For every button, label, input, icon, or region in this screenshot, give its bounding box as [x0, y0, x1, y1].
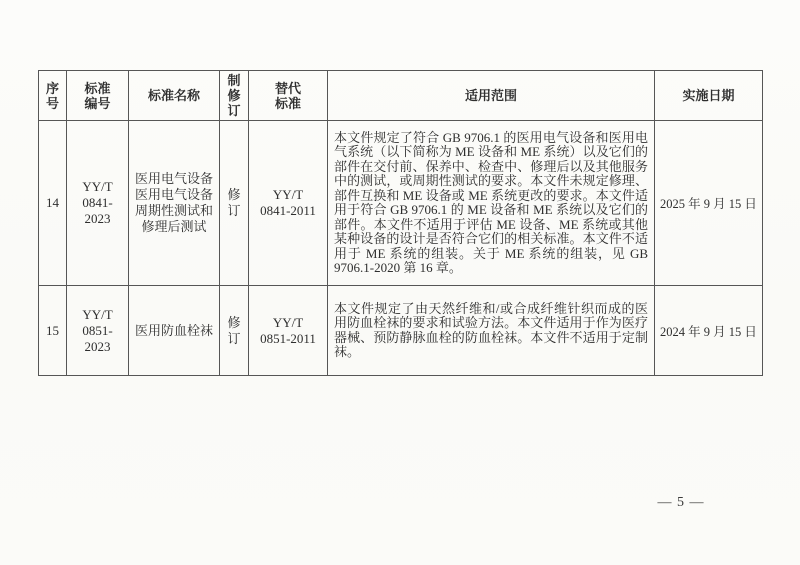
cell-seq: 14: [39, 121, 67, 286]
cell-replaced-standard: YY/T 0851-2011: [249, 286, 328, 376]
header-scope: 适用范围: [328, 71, 655, 121]
header-standard-no: 标准 编号: [67, 71, 129, 121]
cell-standard-no: YY/T 0851-2023: [67, 286, 129, 376]
header-standard-name: 标准名称: [129, 71, 220, 121]
document-page: 序 号 标准 编号 标准名称 制 修 订 替代 标准 适用范围 实施日期 14 …: [0, 0, 800, 565]
table-row: 14 YY/T 0841-2023 医用电气设备 医用电气设备 周期性测试和 修…: [39, 121, 763, 286]
cell-revision-type: 修 订: [220, 121, 249, 286]
cell-implementation-date: 2025 年 9 月 15 日: [655, 121, 763, 286]
standards-table: 序 号 标准 编号 标准名称 制 修 订 替代 标准 适用范围 实施日期 14 …: [38, 70, 763, 376]
cell-seq: 15: [39, 286, 67, 376]
cell-revision-type: 修 订: [220, 286, 249, 376]
cell-standard-name: 医用防血栓袜: [129, 286, 220, 376]
cell-replaced-standard: YY/T 0841-2011: [249, 121, 328, 286]
page-number: — 5 —: [636, 495, 726, 511]
header-seq: 序 号: [39, 71, 67, 121]
cell-standard-no: YY/T 0841-2023: [67, 121, 129, 286]
header-impl-date: 实施日期: [655, 71, 763, 121]
header-replaced-std: 替代 标准: [249, 71, 328, 121]
table-header-row: 序 号 标准 编号 标准名称 制 修 订 替代 标准 适用范围 实施日期: [39, 71, 763, 121]
table-row: 15 YY/T 0851-2023 医用防血栓袜 修 订 YY/T 0851-2…: [39, 286, 763, 376]
cell-implementation-date: 2024 年 9 月 15 日: [655, 286, 763, 376]
cell-scope: 本文件规定了符合 GB 9706.1 的医用电气设备和医用电气系统（以下简称为 …: [328, 121, 655, 286]
cell-scope: 本文件规定了由天然纤维和/或合成纤维针织而成的医用防血栓袜的要求和试验方法。本文…: [328, 286, 655, 376]
cell-standard-name: 医用电气设备 医用电气设备 周期性测试和 修理后测试: [129, 121, 220, 286]
header-revision-type: 制 修 订: [220, 71, 249, 121]
